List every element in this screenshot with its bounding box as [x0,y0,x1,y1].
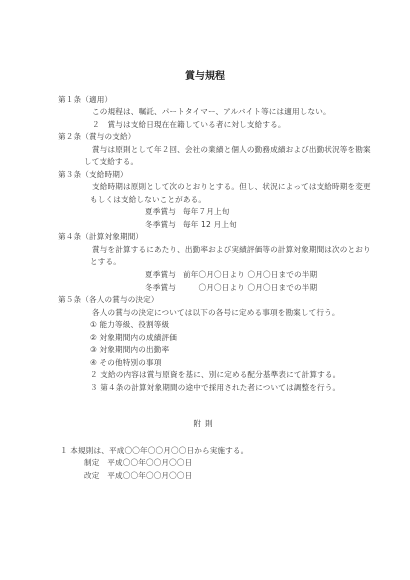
article-5-item-3: ③ 対象期間内の出勤率 [90,345,169,355]
supplementary-line-1: １ 本規則は、平成〇〇年〇〇月〇〇日から実施する。 [60,446,248,456]
article-5-clause-3: ３ 第４条の計算対象期間の途中で採用された者については調整を行う。 [90,383,340,393]
article-4-line-1: 賞与を計算するにあたり、出勤率および実績評価等の計算対象期間は次のとおり [92,245,371,255]
document-page: 賞与規程 第１条（適用） この規程は、嘱託、パートタイマー、アルバイト等には適用… [0,0,410,580]
article-5-heading: 第５条（各人の賞与の決定） [58,295,159,305]
schedule-value: 毎年 12 月上旬 [183,220,237,230]
article-4-line-2: とする。 [90,257,121,267]
schedule-label: 冬季賞与 [145,220,183,230]
article-3-line-2: もしくは支給しないことがある。 [90,195,206,205]
schedule-label: 夏季賞与 [145,207,183,217]
article-3-schedule-winter: 冬季賞与毎年 12 月上旬 [145,220,237,230]
document-title: 賞与規程 [0,67,410,82]
article-5-line-1: 各人の賞与の決定については以下の各号に定める事項を勘案して行う。 [92,308,340,318]
article-5-clause-2: ２ 支給の内容は賞与原資を基に、別に定める配分基準表にて計算する。 [90,370,340,380]
article-3-schedule-summer: 夏季賞与毎年７月上旬 [145,207,229,217]
article-5-item-4: ④ その他特別の事項 [90,358,161,368]
article-2-line-1: 賞与は原則として年２回、会社の業績と個人の勤務成績および出勤状況等を勘案 [92,145,371,155]
article-4-schedule-summer: 夏季賞与前年〇月〇日より 〇月〇日までの半期 [145,270,317,280]
article-5-item-2: ② 対象期間内の成績評価 [90,333,177,343]
article-4-heading: 第４条（計算対象期間） [58,232,143,242]
schedule-label: 夏季賞与 [145,270,183,280]
article-1-line-2: ２ 賞与は支給日現在在籍している者に対し支給する。 [92,120,286,130]
schedule-value: 〇月〇日より 〇月〇日までの半期 [183,283,317,293]
schedule-label: 冬季賞与 [145,283,183,293]
supplementary-enacted: 制定 平成〇〇年〇〇月〇〇日 [84,458,192,468]
article-5-item-1: ① 能力等級、役割等級 [90,320,169,330]
article-2-heading: 第２条（賞与の支給） [58,132,135,142]
article-1-heading: 第１条（適用） [58,95,112,105]
supplementary-title: 附則 [0,418,410,429]
article-3-line-1: 支給時期は原則として次のとおりとする。但し、状況によっては支給時期を変更 [92,182,371,192]
schedule-value: 毎年７月上旬 [183,207,229,217]
article-4-schedule-winter: 冬季賞与 〇月〇日より 〇月〇日までの半期 [145,283,317,293]
article-3-heading: 第３条（支給時期） [58,170,128,180]
article-1-line-1: この規程は、嘱託、パートタイマー、アルバイト等には適用しない。 [92,107,331,117]
article-2-line-2: して支給する。 [84,157,138,167]
supplementary-revised: 改定 平成〇〇年〇〇月〇〇日 [84,471,192,481]
schedule-value: 前年〇月〇日より 〇月〇日までの半期 [183,270,317,280]
